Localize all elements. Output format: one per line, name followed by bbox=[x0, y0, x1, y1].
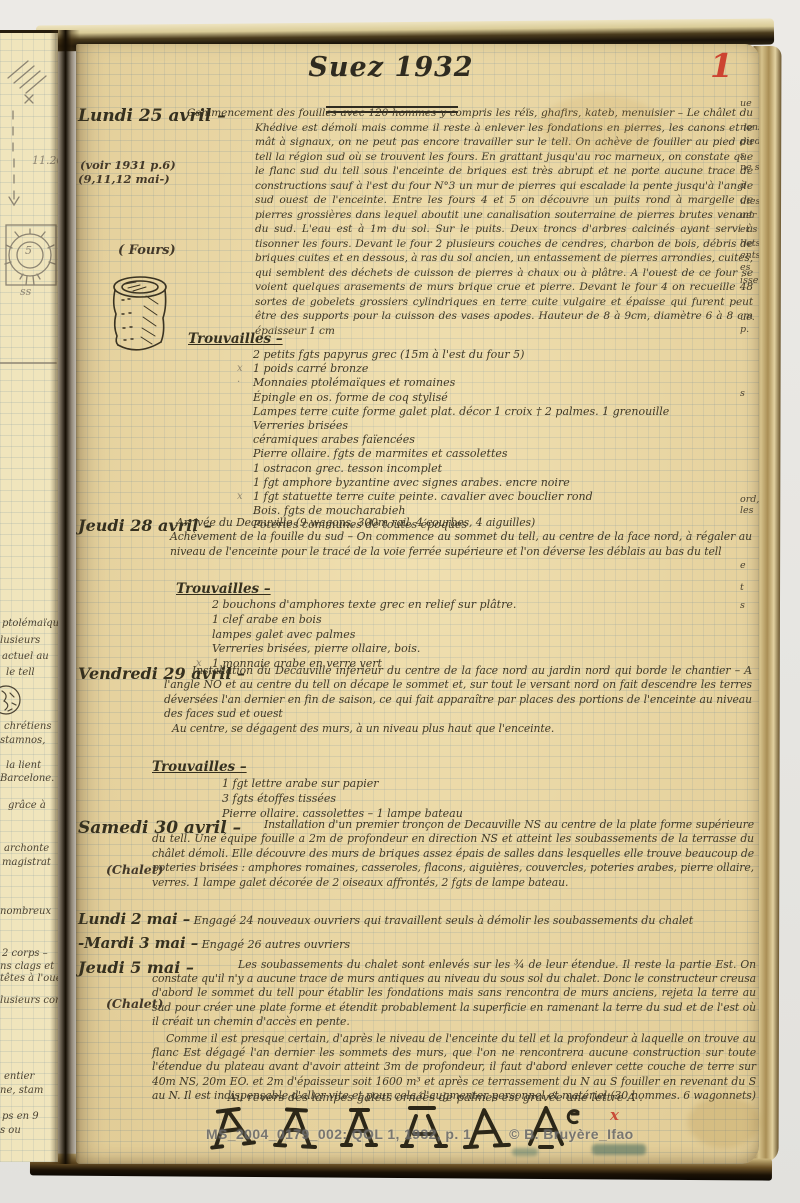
right-edge-fragments: uenonspiedsne sàutes ujueret s )hetsents… bbox=[740, 44, 759, 1164]
text-overflow-fragment: ne s bbox=[740, 162, 759, 173]
page-number: 1 bbox=[710, 46, 733, 85]
find-item: Lampes terre cuite forme galet plat. déc… bbox=[253, 405, 669, 419]
closing-note: Au revers des lampes galets ornées de pa… bbox=[228, 1090, 643, 1104]
text-overflow-fragment: e bbox=[740, 560, 746, 571]
find-item: 2 bouchons d'amphores texte grec en reli… bbox=[212, 598, 516, 613]
trouvailles-label: Trouvailles – bbox=[188, 331, 283, 347]
text-overflow-fragment: hets bbox=[740, 238, 759, 249]
margin-note-chalet: (Chalet) bbox=[106, 862, 163, 877]
find-item: 1 fgt amphore byzantine avec signes arab… bbox=[253, 476, 669, 490]
text-overflow-fragment: ue. bbox=[740, 312, 755, 323]
left-page-fragment: 5 bbox=[25, 245, 32, 256]
manuscript-id: MS_2004_0179_002: QOL 1, 1932, p. 1 bbox=[206, 1126, 471, 1142]
find-item: x1 poids carré bronze bbox=[253, 362, 669, 376]
left-page-fragment: chrétiens bbox=[4, 721, 51, 732]
find-item: lampes galet avec palmes bbox=[212, 628, 516, 643]
left-page-fragment: ns clags et bbox=[0, 961, 54, 972]
find-item: Verreries brisées bbox=[253, 419, 669, 433]
left-page-fragment: Barcelone. bbox=[0, 773, 54, 784]
find-item: 3 fgts étoffes tissées bbox=[222, 791, 463, 806]
entry-lundi-2-mai: Lundi 2 mai – Engagé 24 nouveaux ouvrier… bbox=[76, 912, 759, 928]
text-overflow-fragment: ord, bbox=[740, 494, 759, 505]
entry-lundi-25-avril: Lundi 25 avril – (voir 1931 p.6) (9,11,1… bbox=[76, 106, 759, 338]
entry-date: Lundi 2 mai – bbox=[78, 910, 190, 928]
margin-note-voir-1931: (voir 1931 p.6) bbox=[80, 158, 176, 172]
text-overflow-fragment: nons bbox=[740, 122, 759, 133]
left-page-fragment: nombreux bbox=[0, 906, 51, 917]
text-overflow-fragment: s bbox=[740, 388, 745, 399]
entry-text-2: Achèvement de la fouille du sud – On com… bbox=[170, 530, 752, 559]
text-overflow-fragment: issent bbox=[740, 275, 759, 286]
text-overflow-fragment: t bbox=[740, 582, 744, 593]
page-title: Suez 1932 bbox=[226, 52, 556, 83]
finds-list: 2 petits fgts papyrus grec (15m à l'est … bbox=[253, 348, 669, 533]
text-overflow-fragment: ue bbox=[740, 98, 752, 109]
left-page-fragment: stamnos, bbox=[0, 735, 45, 746]
text-overflow-fragment: les bbox=[740, 505, 754, 516]
text-overflow-fragment: p. bbox=[740, 324, 749, 335]
margin-note-dates: (9,11,12 mai-) bbox=[78, 172, 170, 186]
monogram-circle-sketch bbox=[0, 683, 30, 719]
find-item: Épingle en os. forme de coq stylisé bbox=[253, 391, 669, 405]
entry-vendredi-29-avril: Vendredi 29 avril – Installation du Deca… bbox=[76, 664, 759, 736]
text-overflow-fragment: utes uj bbox=[740, 196, 759, 207]
text-overflow-fragment: s bbox=[740, 150, 745, 161]
left-page-fragment: archonte bbox=[4, 843, 49, 854]
entry-jeudi-5-mai: Jeudi 5 mai – (Chalet) Les soubassements… bbox=[76, 958, 759, 1103]
entry-text: Commencement des fouilles avec 120 homme… bbox=[255, 106, 753, 338]
entry-date: Samedi 30 avril – bbox=[78, 818, 241, 838]
find-item: 1 clef arabe en bois bbox=[212, 613, 516, 628]
left-page-fragment: s ou bbox=[0, 1125, 21, 1136]
entry-date: -Mardi 3 mai – bbox=[78, 934, 198, 952]
find-item: Verreries brisées, pierre ollaire, bois. bbox=[212, 642, 516, 657]
text-overflow-fragment: es bbox=[740, 262, 751, 273]
entry-date: Vendredi 29 avril – bbox=[78, 664, 245, 683]
entry-text: Engagé 24 nouveaux ouvriers qui travaill… bbox=[194, 914, 694, 927]
entry-date: Lundi 25 avril – bbox=[78, 106, 226, 126]
text-overflow-fragment: s bbox=[740, 600, 745, 611]
find-item: 2 petits fgts papyrus grec (15m à l'est … bbox=[253, 348, 669, 362]
text-overflow-fragment: uer bbox=[740, 210, 756, 221]
text-overflow-fragment: à bbox=[740, 180, 746, 191]
clay-cylinder-sketch bbox=[110, 274, 170, 354]
trouvailles-label: Trouvailles – bbox=[176, 581, 271, 597]
left-page-fragment: entier bbox=[4, 1071, 34, 1082]
journal-page: Suez 1932 1 Lundi 25 avril – (voir 1931 … bbox=[76, 44, 759, 1164]
left-page-fragment: magistrat bbox=[2, 857, 51, 868]
left-page-fragment: grâce à bbox=[8, 800, 46, 811]
pencil-check-mark: x bbox=[237, 490, 243, 504]
entry-date: Jeudi 5 mai – bbox=[78, 958, 194, 977]
margin-note-chalet: (Chalet) bbox=[106, 996, 163, 1011]
entry-text: Engagé 26 autres ouvriers bbox=[202, 938, 350, 951]
left-page-fragment: ps en 9 bbox=[2, 1111, 39, 1122]
left-page-fragment: ne, stam bbox=[0, 1085, 43, 1096]
archive-watermark: MS_2004_0179_002: QOL 1, 1932, p. 1 © B.… bbox=[206, 1126, 634, 1142]
finds-list: 2 bouchons d'amphores texte grec en reli… bbox=[212, 598, 516, 672]
trouvailles-block-3: Trouvailles – 1 fgt lettre arabe sur pap… bbox=[152, 756, 463, 821]
left-page-fragment: ss bbox=[20, 286, 31, 297]
entry-text: Les soubassements du chalet sont enlevés… bbox=[152, 958, 756, 1029]
entry-text: Installation du Decauville inférieur du … bbox=[164, 664, 752, 722]
left-page-fragment: la lient bbox=[6, 760, 41, 771]
pencil-check-mark: · bbox=[237, 376, 240, 390]
find-item: ·Monnaies ptolémaïques et romaines bbox=[253, 376, 669, 390]
find-item: x1 fgt statuette terre cuite peinte. cav… bbox=[253, 490, 669, 504]
find-item: 1 ostracon grec. tesson incomplet bbox=[253, 462, 669, 476]
text-overflow-fragment: pied bbox=[740, 136, 759, 147]
trouvailles-label: Trouvailles – bbox=[152, 759, 247, 775]
notebook-scan: 11.205ss ptolémaïquelusieursactuel aule … bbox=[0, 0, 800, 1203]
text-overflow-fragment: et s ) bbox=[740, 224, 759, 235]
finds-list: 1 fgt lettre arabe sur papier 3 fgts éto… bbox=[222, 776, 463, 821]
find-item: Pierre ollaire. fgts de marmites et cass… bbox=[253, 447, 669, 461]
left-page-fragment: actuel au bbox=[2, 651, 49, 662]
entry-jeudi-28-avril: Jeudi 28 avril – Arrivée du Decauville (… bbox=[76, 516, 759, 559]
entry-text: Arrivée du Decauville (9 wagons, 300m ra… bbox=[176, 516, 753, 530]
entry-text-2: Au centre, se dégagent des murs, à un ni… bbox=[172, 722, 732, 736]
pencil-check-mark: x bbox=[237, 362, 243, 376]
copyright-credit: © B. Bruyère_Ifao bbox=[509, 1126, 634, 1142]
text-overflow-fragment: ents ns bbox=[740, 250, 759, 261]
find-item: 1 fgt lettre arabe sur papier bbox=[222, 776, 463, 791]
find-item: céramiques arabes faïencées bbox=[253, 433, 669, 447]
binding-gutter bbox=[50, 30, 80, 1164]
entry-text: Installation d'un premier tronçon de Dec… bbox=[152, 818, 754, 890]
trouvailles-block-2: Trouvailles – 2 bouchons d'amphores text… bbox=[176, 578, 516, 672]
left-page-fragment: 2 corps – bbox=[2, 948, 48, 959]
left-page-fragment: le tell bbox=[6, 667, 35, 678]
left-page-fragment: lusieurs bbox=[0, 635, 40, 646]
entry-samedi-30-avril: Samedi 30 avril – (Chalet) Installation … bbox=[76, 818, 759, 890]
entry-mardi-3-mai: -Mardi 3 mai – Engagé 26 autres ouvriers bbox=[76, 936, 759, 952]
entry-date: Jeudi 28 avril – bbox=[78, 516, 212, 535]
margin-note-fours: ( Fours) bbox=[118, 243, 176, 258]
trouvailles-block-1: Trouvailles – 2 petits fgts papyrus grec… bbox=[188, 328, 669, 533]
red-check-mark: x bbox=[610, 1106, 619, 1124]
